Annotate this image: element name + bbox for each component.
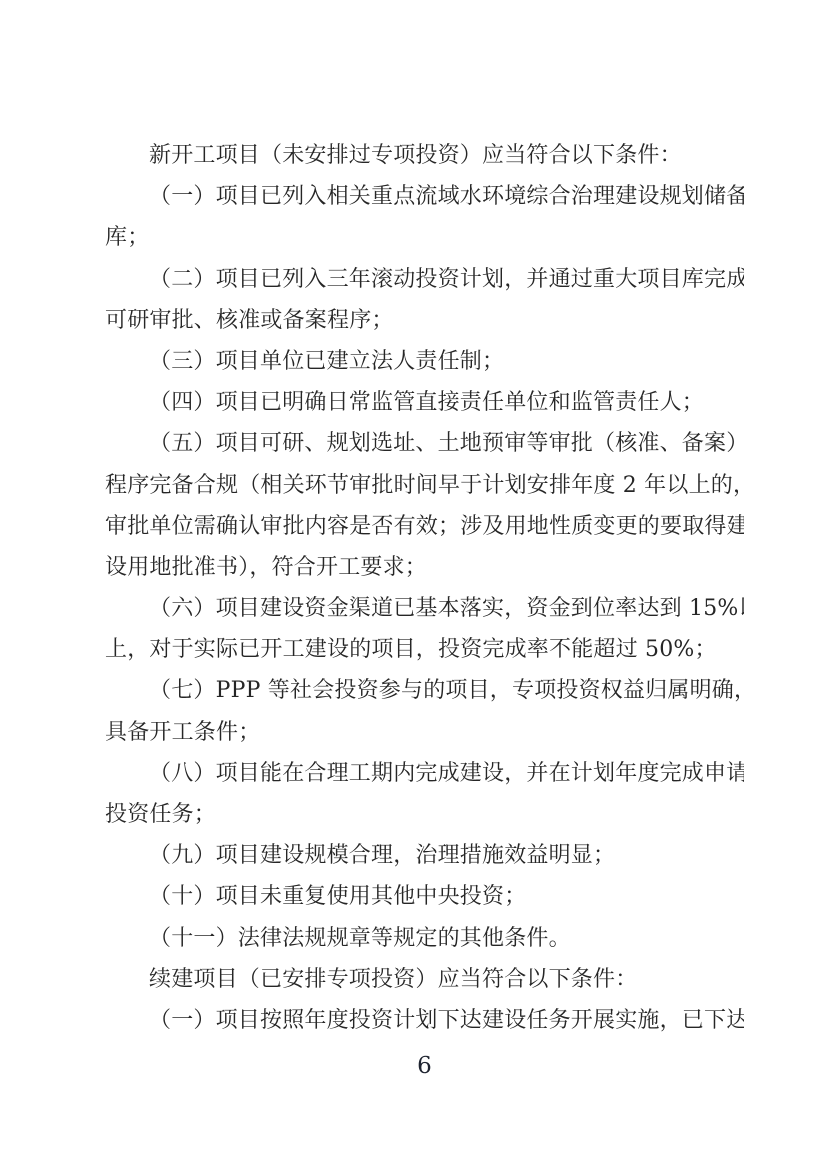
document-body-text: 新开工项目（未安排过专项投资）应当符合以下条件：（一）项目已列入相关重点流域水环… xyxy=(105,135,744,1041)
text-line: 程序完备合规（相关环节审批时间早于计划安排年度 2 年以上的， xyxy=(105,465,744,506)
text-line: （八）项目能在合理工期内完成建设，并在计划年度完成申请 xyxy=(105,753,744,794)
text-line: （一）项目按照年度投资计划下达建设任务开展实施，已下达 xyxy=(105,1000,744,1041)
text-line: （五）项目可研、规划选址、土地预审等审批（核准、备案） xyxy=(105,423,744,464)
text-line: 审批单位需确认审批内容是否有效；涉及用地性质变更的要取得建 xyxy=(105,506,744,547)
text-line: 库； xyxy=(105,217,744,258)
text-line: （四）项目已明确日常监管直接责任单位和监管责任人； xyxy=(105,382,744,423)
text-line: （十一）法律法规规章等规定的其他条件。 xyxy=(105,918,744,959)
text-line: （一）项目已列入相关重点流域水环境综合治理建设规划储备 xyxy=(105,176,744,217)
text-line: 设用地批准书），符合开工要求； xyxy=(105,547,744,588)
text-line: 投资任务； xyxy=(105,794,744,835)
text-line: 可研审批、核准或备案程序； xyxy=(105,300,744,341)
text-line: （二）项目已列入三年滚动投资计划，并通过重大项目库完成 xyxy=(105,259,744,300)
text-line: （九）项目建设规模合理，治理措施效益明显； xyxy=(105,835,744,876)
text-line: （十）项目未重复使用其他中央投资； xyxy=(105,876,744,917)
text-line: （六）项目建设资金渠道已基本落实，资金到位率达到 15%以 xyxy=(105,588,744,629)
text-line: （七）PPP 等社会投资参与的项目，专项投资权益归属明确， xyxy=(105,670,744,711)
text-line: 续建项目（已安排专项投资）应当符合以下条件： xyxy=(105,959,744,1000)
text-line: 上，对于实际已开工建设的项目，投资完成率不能超过 50%； xyxy=(105,629,744,670)
text-line: 新开工项目（未安排过专项投资）应当符合以下条件： xyxy=(105,135,744,176)
page-number: 6 xyxy=(105,1052,744,1080)
document-page: 新开工项目（未安排过专项投资）应当符合以下条件：（一）项目已列入相关重点流域水环… xyxy=(0,0,829,1176)
text-line: （三）项目单位已建立法人责任制； xyxy=(105,341,744,382)
text-line: 具备开工条件； xyxy=(105,712,744,753)
